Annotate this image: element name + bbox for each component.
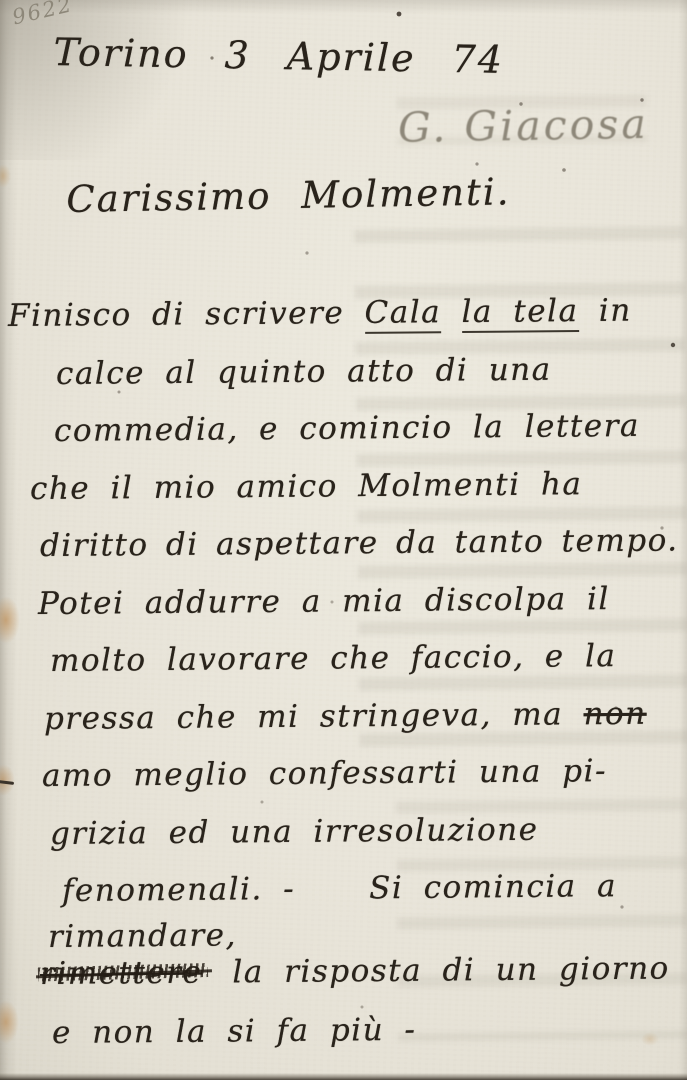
handwriting-line: rimetterela risposta di un giorno [40, 947, 687, 995]
handwriting-segment: che il mio amico Molmenti ha [30, 466, 583, 507]
handwriting-segment: Finisco di scrivere [8, 295, 365, 334]
ink-speckles [0, 0, 2, 2]
handwriting-segment: commedia, e comincio la lettera [54, 408, 640, 449]
page-edge-top [0, 0, 687, 14]
handwriting-line: rimandare, [48, 915, 687, 953]
handwriting-line: Potei addurre a mia discolpa il [38, 570, 687, 633]
handwriting-segment: molto lavorare che faccio, e la [50, 638, 617, 679]
handwriting-line: che il mio amico Molmenti ha [30, 455, 687, 518]
handwriting-line: grizia ed una irresoluzione [50, 800, 687, 863]
handwriting-segment: fenomenali. - [62, 871, 295, 909]
handwriting-segment: la risposta di un giorno [232, 950, 670, 990]
handwriting-line: calce al quinto atto di una [56, 340, 687, 403]
handwriting-segment: Potei addurre a mia discolpa il [38, 581, 610, 622]
handwriting-line: pressa che mi stringeva, ma non [44, 685, 687, 748]
handwriting-segment: diritto di aspettare da tanto tempo. [40, 522, 679, 564]
handwriting-line: Finisco di scrivere Cala la tela in [8, 282, 687, 345]
salutation: Carissimo Molmenti. [66, 170, 511, 221]
handwriting-line: amo meglio confessarti una pi- [42, 742, 687, 805]
handwriting-line: molto lavorare che faccio, e la [50, 627, 687, 690]
handwriting-segment: e non la si fa più - [52, 1011, 417, 1050]
letter-body: Finisco di scrivere Cala la tela incalce… [4, 288, 687, 1062]
page-edge-bottom [0, 1073, 687, 1080]
scribbled-text: rimettere [40, 954, 203, 991]
handwriting-segment: grizia ed una irresoluzione [50, 811, 539, 851]
handwriting-line: e non la si fa più - [52, 999, 687, 1062]
handwriting-segment: amo meglio confessarti una pi- [42, 753, 607, 794]
handwriting-line: fenomenali. -Si comincia a [62, 857, 687, 920]
letter-page: 9622 G. Giacosa Torino 3 Aprile 74 Caris… [0, 0, 687, 1080]
handwriting-segment: in [578, 293, 632, 329]
pencil-attribution: G. Giacosa [398, 100, 650, 152]
foxing-stain [0, 164, 11, 188]
underlined-text: Cala [364, 294, 441, 334]
handwriting-segment: rimandare, [48, 917, 237, 955]
struck-text: non [583, 695, 646, 732]
handwriting-segment: calce al quinto atto di una [56, 351, 552, 391]
dateline: Torino 3 Aprile 74 [53, 30, 504, 82]
handwriting-line: diritto di aspettare da tanto tempo. [40, 512, 687, 575]
handwriting-line: commedia, e comincio la lettera [54, 397, 687, 460]
archive-number: 9622 [10, 0, 75, 29]
handwriting-segment: Si comincia a [369, 868, 617, 906]
handwriting-segment: pressa che mi stringeva, ma [44, 696, 584, 737]
handwriting-segment [441, 294, 462, 330]
underlined-text: la tela [461, 293, 578, 333]
